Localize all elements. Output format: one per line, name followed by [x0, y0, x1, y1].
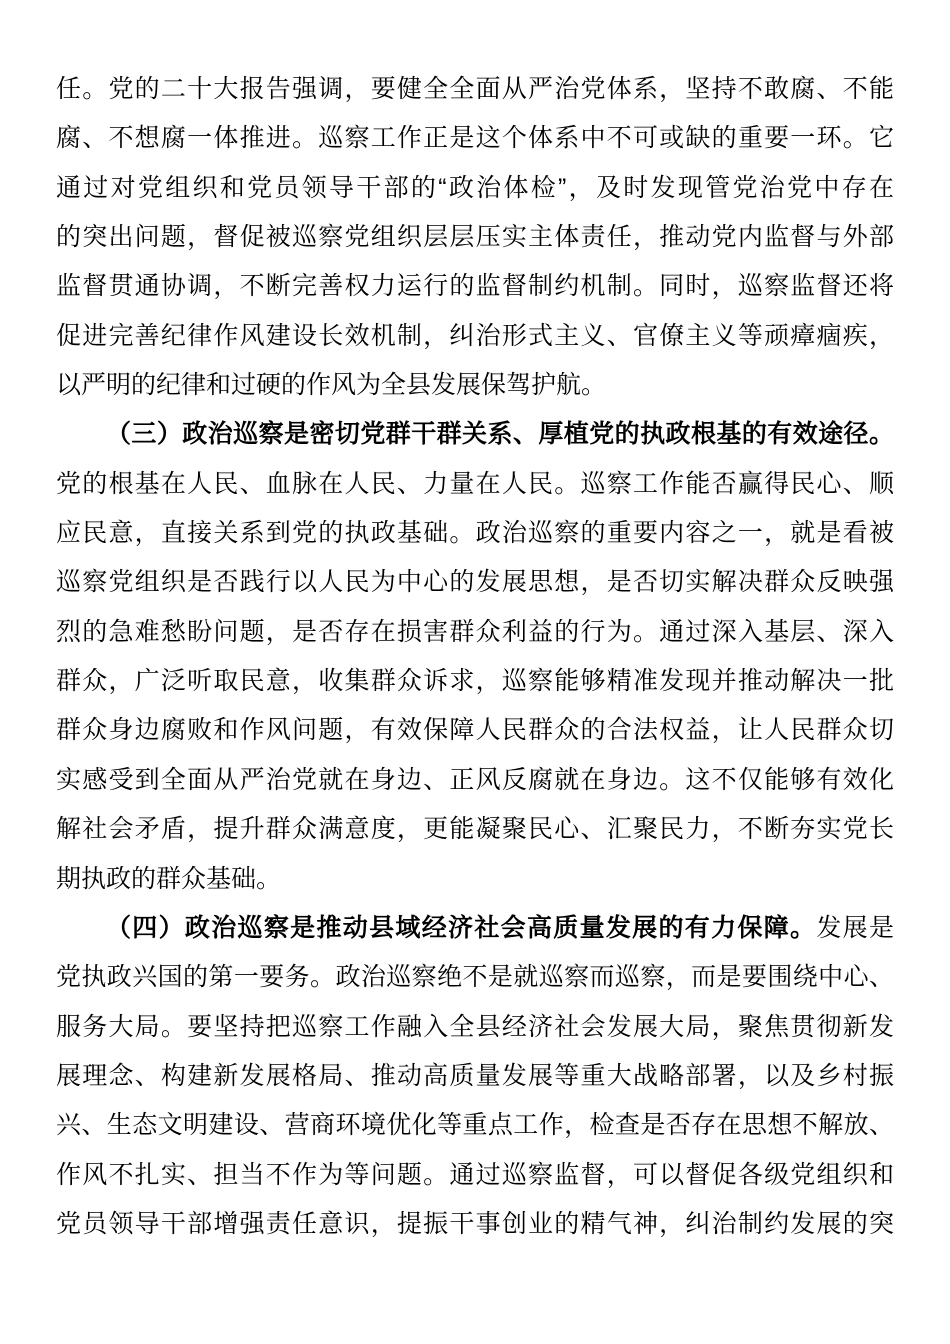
text-line: 应民意，直接关系到党的执政基础。政治巡察的重要内容之一，就是看被 [56, 509, 894, 558]
text-line: 党员领导干部增强责任意识，提振干事创业的精气神，纠治制约发展的突 [56, 1200, 894, 1249]
body-text-segment: 通过对党组织和党员领导干部的“政治体检”，及时发现管党治党中存在 [56, 174, 894, 202]
body-text-segment: 监督贯通协调，不断完善权力运行的监督制约机制。同时，巡察监督还将 [56, 272, 894, 300]
text-line: 监督贯通协调，不断完善权力运行的监督制约机制。同时，巡察监督还将 [56, 262, 894, 311]
text-line: 群众，广泛听取民意，收集群众诉求，巡察能够精准发现并推动解决一批 [56, 657, 894, 706]
text-line: 解社会矛盾，提升群众满意度，更能凝聚民心、汇聚民力，不断夯实党长 [56, 805, 894, 854]
body-text-segment: 群众身边腐败和作风问题，有效保障人民群众的合法权益，让人民群众切 [56, 716, 894, 744]
text-line: 巡察党组织是否践行以人民为中心的发展思想，是否切实解决群众反映强 [56, 558, 894, 607]
text-line: 通过对党组织和党员领导干部的“政治体检”，及时发现管党治党中存在 [56, 164, 894, 213]
body-text-segment: 解社会矛盾，提升群众满意度，更能凝聚民心、汇聚民力，不断夯实党长 [56, 815, 894, 843]
text-line: 党的根基在人民、血脉在人民、力量在人民。巡察工作能否赢得民心、顺 [56, 460, 894, 509]
heading-text-segment: （四）政治巡察是推动县域经济社会高质量发展的有力保障。 [106, 914, 816, 942]
body-text-segment: 烈的急难愁盼问题，是否存在损害群众利益的行为。通过深入基层、深入 [56, 618, 894, 646]
body-text-segment: 应民意，直接关系到党的执政基础。政治巡察的重要内容之一，就是看被 [56, 519, 894, 547]
body-text-segment: 巡察党组织是否践行以人民为中心的发展思想，是否切实解决群众反映强 [56, 568, 894, 596]
text-line: 群众身边腐败和作风问题，有效保障人民群众的合法权益，让人民群众切 [56, 706, 894, 755]
body-text-segment: 党员领导干部增强责任意识，提振干事创业的精气神，纠治制约发展的突 [56, 1210, 894, 1238]
body-text-segment: 作风不扎实、担当不作为等问题。通过巡察监督，可以督促各级党组织和 [56, 1161, 894, 1189]
text-line: （四）政治巡察是推动县域经济社会高质量发展的有力保障。发展是 [56, 904, 894, 953]
body-text-segment: 期执政的群众基础。 [56, 865, 281, 893]
body-text-segment: 以严明的纪律和过硬的作风为全县发展保驾护航。 [56, 371, 606, 399]
body-text-segment: 任。党的二十大报告强调，要健全全面从严治党体系，坚持不敢腐、不能 [56, 75, 894, 103]
text-block: 任。党的二十大报告强调，要健全全面从严治党体系，坚持不敢腐、不能腐、不想腐一体推… [56, 65, 894, 1249]
text-line: 的突出问题，督促被巡察党组织层层压实主体责任，推动党内监督与外部 [56, 213, 894, 262]
body-text-segment: 兴、生态文明建设、营商环境优化等重点工作，检查是否存在思想不解放、 [56, 1111, 894, 1139]
text-line: 作风不扎实、担当不作为等问题。通过巡察监督，可以督促各级党组织和 [56, 1151, 894, 1200]
text-line: 展理念、构建新发展格局、推动高质量发展等重大战略部署，以及乡村振 [56, 1052, 894, 1101]
text-line: 实感受到全面从严治党就在身边、正风反腐就在身边。这不仅能够有效化 [56, 756, 894, 805]
body-text-segment: 党执政兴国的第一要务。政治巡察绝不是就巡察而巡察，而是要围绕中心、 [56, 963, 894, 991]
body-text-segment: 实感受到全面从严治党就在身边、正风反腐就在身边。这不仅能够有效化 [56, 766, 894, 794]
text-line: 任。党的二十大报告强调，要健全全面从严治党体系，坚持不敢腐、不能 [56, 65, 894, 114]
body-text-segment: 展理念、构建新发展格局、推动高质量发展等重大战略部署，以及乡村振 [56, 1062, 894, 1090]
text-line: 服务大局。要坚持把巡察工作融入全县经济社会发展大局，聚焦贯彻新发 [56, 1003, 894, 1052]
text-line: 党执政兴国的第一要务。政治巡察绝不是就巡察而巡察，而是要围绕中心、 [56, 953, 894, 1002]
body-text-segment: 服务大局。要坚持把巡察工作融入全县经济社会发展大局，聚焦贯彻新发 [56, 1013, 894, 1041]
text-line: 期执政的群众基础。 [56, 855, 894, 904]
text-line: 烈的急难愁盼问题，是否存在损害群众利益的行为。通过深入基层、深入 [56, 608, 894, 657]
text-line: （三）政治巡察是密切党群干群关系、厚植党的执政根基的有效途径。 [56, 410, 894, 459]
body-text-segment: 群众，广泛听取民意，收集群众诉求，巡察能够精准发现并推动解决一批 [56, 667, 894, 695]
text-line: 以严明的纪律和过硬的作风为全县发展保驾护航。 [56, 361, 894, 410]
body-text-segment: 党的根基在人民、血脉在人民、力量在人民。巡察工作能否赢得民心、顺 [56, 470, 894, 498]
heading-text-segment: （三）政治巡察是密切党群干群关系、厚植党的执政根基的有效途径。 [106, 420, 894, 448]
body-text-segment: 促进完善纪律作风建设长效机制，纠治形式主义、官僚主义等顽瘴痼疾， [56, 322, 894, 350]
text-line: 促进完善纪律作风建设长效机制，纠治形式主义、官僚主义等顽瘴痼疾， [56, 312, 894, 361]
body-text-segment: 发展是 [816, 914, 894, 942]
text-line: 兴、生态文明建设、营商环境优化等重点工作，检查是否存在思想不解放、 [56, 1101, 894, 1150]
body-text-segment: 的突出问题，督促被巡察党组织层层压实主体责任，推动党内监督与外部 [56, 223, 894, 251]
text-line: 腐、不想腐一体推进。巡察工作正是这个体系中不可或缺的重要一环。它 [56, 114, 894, 163]
document-page: 任。党的二十大报告强调，要健全全面从严治党体系，坚持不敢腐、不能腐、不想腐一体推… [0, 0, 950, 1344]
body-text-segment: 腐、不想腐一体推进。巡察工作正是这个体系中不可或缺的重要一环。它 [56, 124, 894, 152]
